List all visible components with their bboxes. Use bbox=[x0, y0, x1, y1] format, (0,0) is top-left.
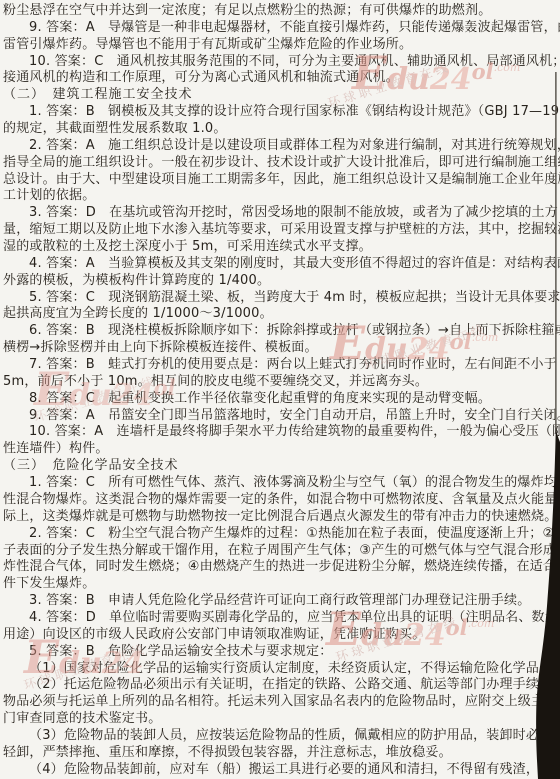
text-line: 粉尘悬浮在空气中并达到一定浓度；有足以点燃粉尘的热源；有可供爆炸的助燃剂。 bbox=[3, 3, 560, 20]
text-line: 3. 答案：D 在基坑或管沟开挖时，常因受场地的限制不能放坡，或者为了减少挖填的… bbox=[3, 205, 560, 222]
section-heading: （三） 危险化学品安全技术 bbox=[3, 458, 560, 475]
text-line: 湿的或散粒的土及挖土深度小于 5m，可采用连续式水平支撑。 bbox=[3, 239, 560, 256]
scan-edge-shadow bbox=[530, 0, 560, 779]
text-line: 性混合物爆炸。这类混合物的爆炸需要一定的条件，如混合物中可燃物浓度、含氧量及点火… bbox=[3, 492, 560, 509]
text-line: 雷管引爆炸药。导爆管也不能用于有瓦斯或矿尘爆炸危险的作业场所。 bbox=[3, 37, 560, 54]
text-line: 4. 答案：A 当验算模板及其支架的刚度时，其最大变形值不得超过的容许值是：对结… bbox=[3, 256, 560, 273]
text-line: 3. 答案：B 申请人凭危险化学品经营许可证向工商行政管理部门办理登记注册手续。 bbox=[3, 593, 560, 610]
text-line: 9. 答案：A 导爆管是一种非电起爆器材，不能直接引爆炸药，只能传递爆轰波起爆雷… bbox=[3, 20, 560, 37]
text-line: 门审查同意的技术鉴定书。 bbox=[3, 711, 560, 728]
text-line: 9. 答案：A 吊篮安全门即当吊篮落地时，安全门自动开启，吊篮上升时，安全门自行… bbox=[3, 408, 560, 425]
section-heading: （二） 建筑工程施工安全技术 bbox=[3, 87, 560, 104]
text-line: 量，缩短工期以及防止地下水渗入基坑等要求，可采用设置支撑与护壁桩的方法，其中，挖… bbox=[3, 222, 560, 239]
text-line: 外露的模板，为模板构件计算跨度的 1/400。 bbox=[3, 273, 560, 290]
text-line: 炸性混合气体，同时发生燃烧；④由燃烧产生的热进一步促进粉尘分解，燃烧连续传播，在… bbox=[3, 559, 560, 576]
text-line: 8. 答案：C 起重机变换工作半径依靠变化起重臂的角度来实现的是动臂变幅。 bbox=[3, 391, 560, 408]
text-line: （4）危险物品装卸前，应对车（船）搬运工具进行必要的通风和清扫，不得留有残渣，对… bbox=[3, 762, 560, 779]
text-line: 1. 答案：C 所有可燃性气体、蒸汽、液体雾滴及粉尘与空气（氧）的混合物发生的爆… bbox=[3, 475, 560, 492]
text-line: 5. 答案：B 危险化学品运输安全技术与要求规定： bbox=[3, 644, 560, 661]
text-line: 际上，这类爆炸就是可燃物与助燃物按一定比例混合后遇点火源发生的带有冲击力的快速燃… bbox=[3, 509, 560, 526]
text-line: （1）国家对危险化学品的运输实行资质认定制度，未经资质认定，不得运输危险化学品。 bbox=[3, 661, 560, 678]
text-line: 用途）向设区的市级人民政府公安部门申请领取准购证，凭准购证购买。 bbox=[3, 627, 560, 644]
text-line: 工计划的依据。 bbox=[3, 188, 560, 205]
text-line: 总设计。由于大、中型建设项目施工工期需多年，因此，施工组织总设计又是编制施工企业… bbox=[3, 172, 560, 189]
text-line: 接通风机的构造和工作原理，可分为离心式通风机和轴流式通风机。 bbox=[3, 70, 560, 87]
text-line: 6. 答案：B 现浇柱模板拆除顺序如下：拆除斜撑或拉杆（或钢拉条）→自上而下拆除… bbox=[3, 323, 560, 340]
text-line: 的规定，其截面塑性发展系数取 1.0。 bbox=[3, 121, 560, 138]
text-line: 10. 答案：A 连墙杆是最终将脚手架水平力传给建筑物的最重要构件，一般为偏心受… bbox=[3, 424, 560, 441]
text-line: 轻卸，严禁摔拖、重压和摩擦，不得损毁包装容器，并注意标志，堆放稳妥。 bbox=[3, 745, 560, 762]
text-line: （2）托运危险物品必须出示有关证明，在指定的铁路、公路交通、航运等部门办理手续。… bbox=[3, 677, 560, 694]
text-line: 物品必须与托运单上所列的品名相符。托运未列入国家品名表内的危险物品时，应附交上级… bbox=[3, 694, 560, 711]
text-line: 5. 答案：C 现浇钢筋混凝土梁、板，当跨度大于 4m 时，模板应起拱；当设计无… bbox=[3, 290, 560, 307]
text-line: 件下发生爆炸。 bbox=[3, 576, 560, 593]
text-line: 10. 答案：C 通风机按其服务范围的不同，可分为主要通风机、辅助通风机、局部通… bbox=[3, 54, 560, 71]
text-line: 2. 答案：C 粉尘空气混合物产生爆炸的过程：①热能加在粒子表面，使温度逐渐上升… bbox=[3, 526, 560, 543]
text-line: 性连墙件）构件。 bbox=[3, 441, 560, 458]
text-line: 7. 答案：B 蛙式打夯机的使用要点是：两台以上蛙式打夯机同时作业时，左右间距不… bbox=[3, 357, 560, 374]
text-line: （3）危险物品的装卸人员，应按装运危险物品的性质，佩戴相应的防护用品，装卸时必须… bbox=[3, 728, 560, 745]
text-line: 起拱高度宜为全跨长度的 1/1000～3/1000。 bbox=[3, 306, 560, 323]
text-line: 2. 答案：A 施工组织总设计是以建设项目或群体工程为对象进行编制，对其进行统筹… bbox=[3, 138, 560, 155]
text-line: 4. 答案：D 单位临时需要购买剧毒化学品的，应当凭本单位出具的证明（注明品名、… bbox=[3, 610, 560, 627]
scanned-document-page: 粉尘悬浮在空气中并达到一定浓度；有足以点燃粉尘的热源；有可供爆炸的助燃剂。9. … bbox=[0, 0, 560, 779]
text-line: 5m，前后不小于 10m。相互间的胶皮电缆不要缠绕交叉，并远离夯头。 bbox=[3, 374, 560, 391]
document-lines: 粉尘悬浮在空气中并达到一定浓度；有足以点燃粉尘的热源；有可供爆炸的助燃剂。9. … bbox=[3, 3, 560, 779]
text-line: 子表面的分子发生热分解或干馏作用，在粒子周围产生气体；③产生的可燃气体与空气混合… bbox=[3, 543, 560, 560]
text-line: 指导全局的施工组织设计。一般在初步设计、技术设计或扩大设计批准后，即可进行编制施… bbox=[3, 155, 560, 172]
text-line: 1. 答案：B 钢模板及其支撑的设计应符合现行国家标准《钢结构设计规范》（GBJ… bbox=[3, 104, 560, 121]
text-line: 横楞→拆除竖楞并由上向下拆除模板连接件、模板面。 bbox=[3, 340, 560, 357]
